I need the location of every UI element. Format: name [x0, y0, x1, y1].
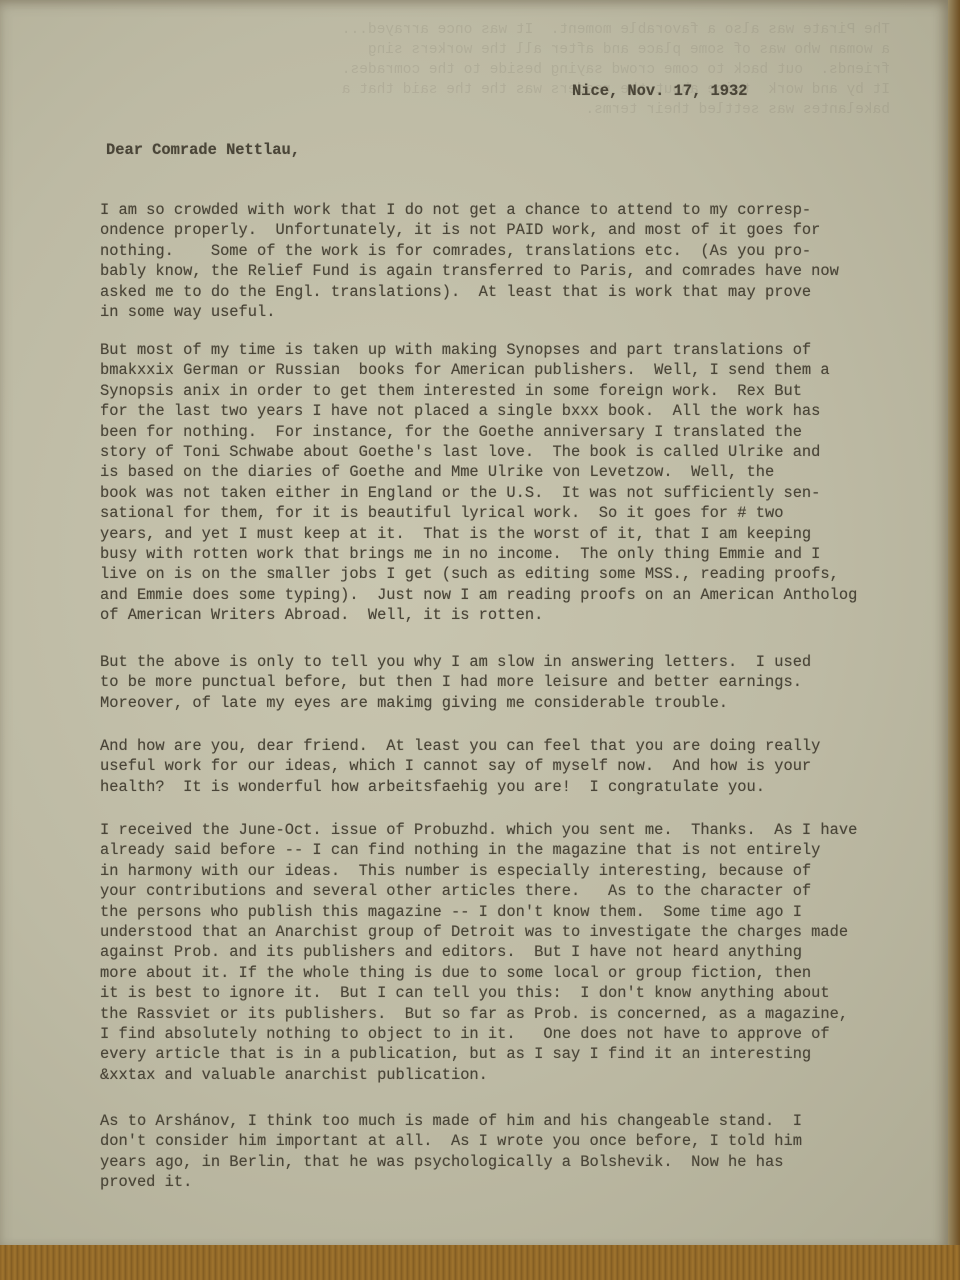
- text-line: But the above is only to tell you why I …: [100, 652, 811, 672]
- text-line: against Prob. and its publishers and edi…: [100, 942, 857, 962]
- text-line: been for nothing. For instance, for the …: [100, 422, 857, 442]
- text-line: bmakxxix German or Russian books for Ame…: [100, 360, 857, 380]
- text-line: more about it. If the whole thing is due…: [100, 963, 857, 983]
- text-line: years, and yet I must keep at it. That i…: [100, 524, 857, 544]
- letter-page: The Pirate was also a favorable moment. …: [0, 0, 948, 1248]
- text-line: ondence properly. Unfortunately, it is n…: [100, 220, 839, 240]
- text-line: asked me to do the Engl. translations). …: [100, 282, 839, 302]
- text-line: in harmony with our ideas. This number i…: [100, 861, 857, 881]
- text-line: I am so crowded with work that I do not …: [100, 200, 839, 220]
- text-line: story of Toni Schwabe about Goethe's las…: [100, 442, 857, 462]
- page-edge: [948, 0, 960, 1248]
- text-line: live on is on the smaller jobs I get (su…: [100, 564, 857, 584]
- text-line: Synopsis anix in order to get them inter…: [100, 381, 857, 401]
- paragraph-synopses: But most of my time is taken up with mak…: [100, 340, 857, 626]
- text-line: the Rassviet or its publishers. But so f…: [100, 1004, 857, 1024]
- text-line: I find absolutely nothing to object to i…: [100, 1024, 857, 1044]
- letter-salutation: Dear Comrade Nettlau,: [106, 141, 300, 159]
- desk-surface: [0, 1245, 960, 1280]
- paragraph-work-crowding: I am so crowded with work that I do not …: [100, 200, 839, 322]
- text-line: proved it.: [100, 1172, 802, 1192]
- letter-date: Nice, Nov. 17, 1932: [572, 82, 747, 100]
- text-line: of American Writers Abroad. Well, it is …: [100, 605, 857, 625]
- text-line: busy with rotten work that brings me in …: [100, 544, 857, 564]
- text-line: in some way useful.: [100, 302, 839, 322]
- paragraph-probuzhd: I received the June-Oct. issue of Probuz…: [100, 820, 857, 1085]
- text-line: for the last two years I have not placed…: [100, 401, 857, 421]
- text-line: and Emmie does some typing). Just now I …: [100, 585, 857, 605]
- text-line: As to Arshánov, I think too much is made…: [100, 1111, 802, 1131]
- text-line: book was not taken either in England or …: [100, 483, 857, 503]
- text-line: every article that is in a publication, …: [100, 1044, 857, 1064]
- text-line: health? It is wonderful how arbeitsfaehi…: [100, 777, 820, 797]
- paragraph-arshanov: As to Arshánov, I think too much is made…: [100, 1111, 802, 1193]
- text-line: the persons who publish this magazine --…: [100, 902, 857, 922]
- text-line: bably know, the Relief Fund is again tra…: [100, 261, 839, 281]
- text-line: useful work for our ideas, which I canno…: [100, 756, 820, 776]
- text-line: don't consider him important at all. As …: [100, 1131, 802, 1151]
- text-line: is based on the diaries of Goethe and Mm…: [100, 462, 857, 482]
- paragraph-slow-answering: But the above is only to tell you why I …: [100, 652, 811, 713]
- text-line: nothing. Some of the work is for comrade…: [100, 241, 839, 261]
- text-line: Moreover, of late my eyes are makimg giv…: [100, 693, 811, 713]
- text-line: But most of my time is taken up with mak…: [100, 340, 857, 360]
- text-line: &xxtax and valuable anarchist publicatio…: [100, 1065, 857, 1085]
- text-line: already said before -- I can find nothin…: [100, 840, 857, 860]
- text-line: understood that an Anarchist group of De…: [100, 922, 857, 942]
- text-line: sational for them, for it is beautiful l…: [100, 503, 857, 523]
- text-line: I received the June-Oct. issue of Probuz…: [100, 820, 857, 840]
- text-line: it is best to ignore it. But I can tell …: [100, 983, 857, 1003]
- show-through-text: The Pirate was also a favorable moment. …: [110, 20, 890, 120]
- text-line: your contributions and several other art…: [100, 881, 857, 901]
- paragraph-health: And how are you, dear friend. At least y…: [100, 736, 820, 797]
- text-line: to be more punctual before, but then I h…: [100, 672, 811, 692]
- text-line: And how are you, dear friend. At least y…: [100, 736, 820, 756]
- text-line: years ago, in Berlin, that he was psycho…: [100, 1152, 802, 1172]
